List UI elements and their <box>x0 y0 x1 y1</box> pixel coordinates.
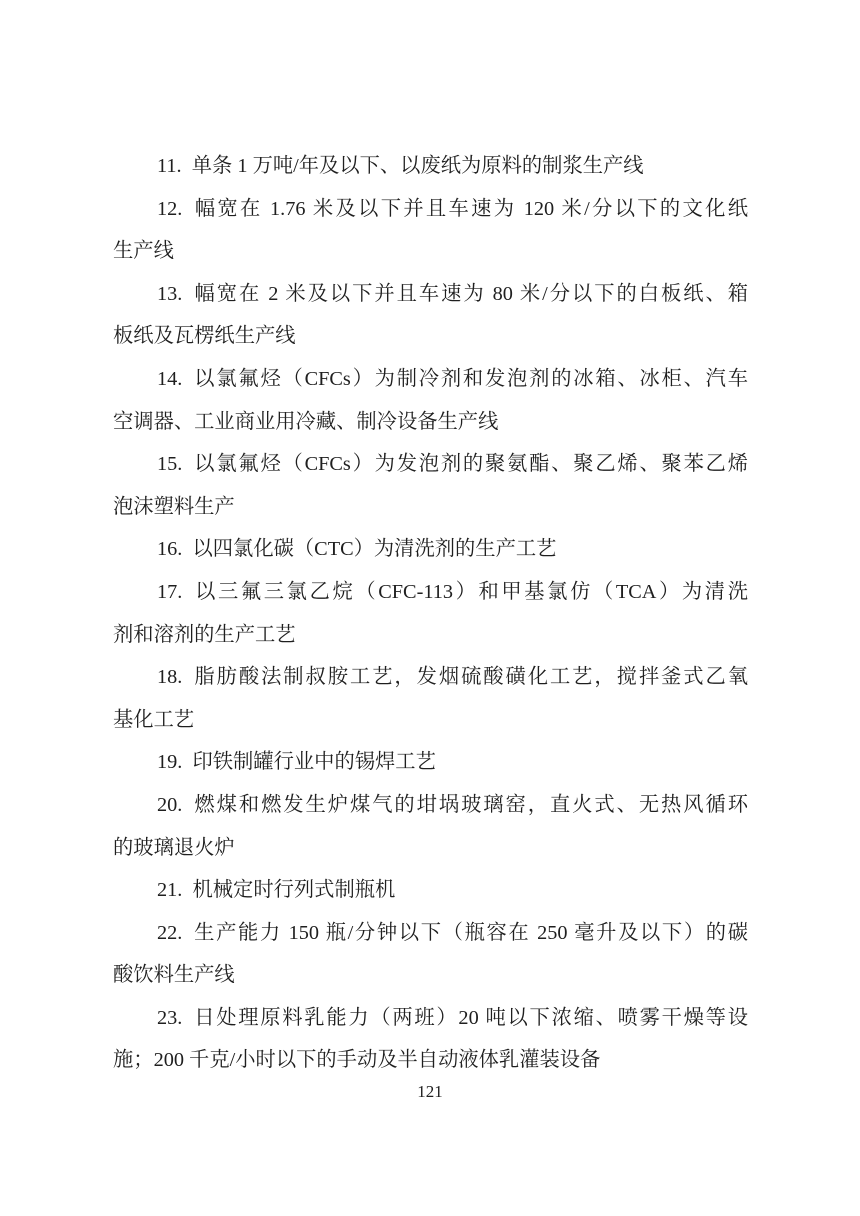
list-item-23: 23. 日处理原料乳能力（两班）20 吨以下浓缩、喷雾干燥等设 施；200 千克… <box>113 997 748 1082</box>
list-item-18: 18. 脂肪酸法制叔胺工艺，发烟硫酸磺化工艺，搅拌釜式乙氧 基化工艺 <box>113 656 748 741</box>
item-14-line-1: 14. 以氯氟烃（CFCs）为制冷剂和发泡剂的冰箱、冰柜、汽车 <box>113 358 748 401</box>
list-item-16: 16. 以四氯化碳（CTC）为清洗剂的生产工艺 <box>113 528 748 571</box>
list-item-15: 15. 以氯氟烃（CFCs）为发泡剂的聚氨酯、聚乙烯、聚苯乙烯 泡沫塑料生产 <box>113 443 748 528</box>
item-23-line-1: 23. 日处理原料乳能力（两班）20 吨以下浓缩、喷雾干燥等设 <box>113 997 748 1040</box>
item-20-line-2: 的玻璃退火炉 <box>113 827 748 870</box>
item-17-line-1: 17. 以三氟三氯乙烷（CFC-113）和甲基氯仿（TCA）为清洗 <box>113 571 748 614</box>
item-22-line-2: 酸饮料生产线 <box>113 954 748 997</box>
item-11-line-1: 11. 单条 1 万吨/年及以下、以废纸为原料的制浆生产线 <box>113 145 748 188</box>
item-15-line-1: 15. 以氯氟烃（CFCs）为发泡剂的聚氨酯、聚乙烯、聚苯乙烯 <box>113 443 748 486</box>
list-item-20: 20. 燃煤和燃发生炉煤气的坩埚玻璃窑，直火式、无热风循环 的玻璃退火炉 <box>113 784 748 869</box>
list-item-19: 19. 印铁制罐行业中的锡焊工艺 <box>113 741 748 784</box>
item-18-line-2: 基化工艺 <box>113 699 748 742</box>
item-21-line-1: 21. 机械定时行列式制瓶机 <box>113 869 748 912</box>
document-page: 11. 单条 1 万吨/年及以下、以废纸为原料的制浆生产线 12. 幅宽在 1.… <box>0 0 860 1216</box>
list-item-14: 14. 以氯氟烃（CFCs）为制冷剂和发泡剂的冰箱、冰柜、汽车 空调器、工业商业… <box>113 358 748 443</box>
item-13-line-1: 13. 幅宽在 2 米及以下并且车速为 80 米/分以下的白板纸、箱 <box>113 273 748 316</box>
list-item-12: 12. 幅宽在 1.76 米及以下并且车速为 120 米/分以下的文化纸 生产线 <box>113 188 748 273</box>
item-20-line-1: 20. 燃煤和燃发生炉煤气的坩埚玻璃窑，直火式、无热风循环 <box>113 784 748 827</box>
item-16-line-1: 16. 以四氯化碳（CTC）为清洗剂的生产工艺 <box>113 528 748 571</box>
item-12-line-2: 生产线 <box>113 230 748 273</box>
list-item-11: 11. 单条 1 万吨/年及以下、以废纸为原料的制浆生产线 <box>113 145 748 188</box>
item-23-line-2: 施；200 千克/小时以下的手动及半自动液体乳灌装设备 <box>113 1039 748 1082</box>
list-item-22: 22. 生产能力 150 瓶/分钟以下（瓶容在 250 毫升及以下）的碳 酸饮料… <box>113 912 748 997</box>
item-18-line-1: 18. 脂肪酸法制叔胺工艺，发烟硫酸磺化工艺，搅拌釜式乙氧 <box>113 656 748 699</box>
item-17-line-2: 剂和溶剂的生产工艺 <box>113 614 748 657</box>
item-15-line-2: 泡沫塑料生产 <box>113 486 748 529</box>
item-22-line-1: 22. 生产能力 150 瓶/分钟以下（瓶容在 250 毫升及以下）的碳 <box>113 912 748 955</box>
list-item-17: 17. 以三氟三氯乙烷（CFC-113）和甲基氯仿（TCA）为清洗 剂和溶剂的生… <box>113 571 748 656</box>
page-number: 121 <box>0 1082 860 1102</box>
item-14-line-2: 空调器、工业商业用冷藏、制冷设备生产线 <box>113 401 748 444</box>
item-12-line-1: 12. 幅宽在 1.76 米及以下并且车速为 120 米/分以下的文化纸 <box>113 188 748 231</box>
item-13-line-2: 板纸及瓦楞纸生产线 <box>113 315 748 358</box>
document-body: 11. 单条 1 万吨/年及以下、以废纸为原料的制浆生产线 12. 幅宽在 1.… <box>113 145 748 1082</box>
list-item-21: 21. 机械定时行列式制瓶机 <box>113 869 748 912</box>
item-19-line-1: 19. 印铁制罐行业中的锡焊工艺 <box>113 741 748 784</box>
list-item-13: 13. 幅宽在 2 米及以下并且车速为 80 米/分以下的白板纸、箱 板纸及瓦楞… <box>113 273 748 358</box>
